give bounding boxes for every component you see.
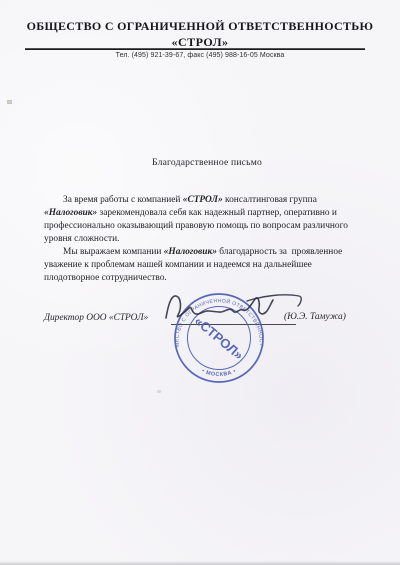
paragraph2-line3: плодотворное сотрудничество. [44, 272, 360, 285]
nalogovik-mention: «Налоговик» [44, 208, 97, 218]
paragraph1-line1: За время работы с компанией «СТРОЛ» конс… [44, 194, 360, 207]
p1-text: консалтинговая группа [223, 195, 317, 205]
paragraph1-line3: профессионально оказывающий правовую пом… [44, 220, 360, 233]
paragraph2-line1: Мы выражаем компании «Налоговик» благода… [44, 246, 360, 259]
director-label: Директор ООО «СТРОЛ» [44, 313, 148, 323]
handwritten-signature [150, 285, 310, 330]
scan-artifact [157, 390, 161, 393]
signature-flourish [247, 295, 301, 306]
signature-stroke [166, 296, 273, 318]
nalogovik-mention: «Налоговик» [164, 247, 217, 257]
p1-text: зарекомендовала себя как надежный партне… [97, 208, 337, 218]
p2-text: благодарность за проявленное [217, 247, 342, 257]
scan-artifact [7, 100, 12, 104]
paragraph1-line2: «Налоговик» зарекомендовала себя как над… [44, 207, 360, 220]
scanned-letter-page: ОБЩЕСТВО С ОГРАНИЧЕННОЙ ОТВЕТСТВЕННОСТЬЮ… [0, 0, 400, 565]
letterhead-contacts: Тел. (495) 921-39-67, факс (495) 988-16-… [0, 52, 400, 59]
scan-bottom-shadow [0, 561, 400, 565]
p1-text: За время работы с компанией [63, 195, 183, 205]
letter-title: Благодарственное письмо [7, 157, 400, 168]
paragraph1-line4: уровня сложности. [44, 233, 360, 246]
p2-text: Мы выражаем компании [63, 247, 164, 257]
company-mention: «СТРОЛ» [183, 195, 223, 205]
letter-body: За время работы с компанией «СТРОЛ» конс… [44, 194, 360, 285]
letterhead-rule [25, 48, 365, 50]
paragraph2-line2: уважение к проблемам нашей компании и на… [44, 259, 360, 272]
company-name-line1: ОБЩЕСТВО С ОГРАНИЧЕННОЙ ОТВЕТСТВЕННОСТЬЮ [0, 19, 400, 34]
letterhead: ОБЩЕСТВО С ОГРАНИЧЕННОЙ ОТВЕТСТВЕННОСТЬЮ… [0, 19, 400, 50]
